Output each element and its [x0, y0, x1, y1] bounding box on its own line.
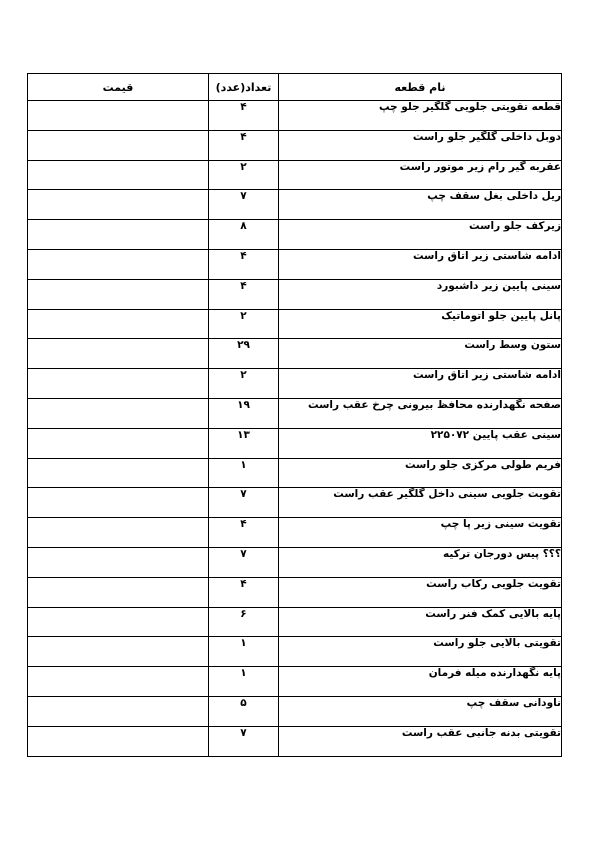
quantity-cell: ۴	[209, 279, 279, 309]
quantity-cell: ۱	[209, 458, 279, 488]
table-row: فریم طولی مرکزی جلو راست۱	[28, 458, 562, 488]
table-row: پایه بالایی کمک فنر راست۶	[28, 607, 562, 637]
price-cell	[28, 160, 209, 190]
part-name-cell: تقویت جلویی سینی داخل گلگیر عقب راست	[279, 488, 562, 518]
price-cell	[28, 607, 209, 637]
quantity-cell: ۷	[209, 488, 279, 518]
table-row: تقویت جلویی رکاب راست۴	[28, 577, 562, 607]
part-name-cell: دوبل داخلی گلگیر جلو راست	[279, 130, 562, 160]
part-name-cell: پانل پایین جلو اتوماتیک	[279, 309, 562, 339]
table-row: سینی پایین زیر داشبورد۴	[28, 279, 562, 309]
price-cell	[28, 637, 209, 667]
price-cell	[28, 339, 209, 369]
quantity-cell: ۲	[209, 369, 279, 399]
quantity-cell: ۸	[209, 220, 279, 250]
part-name-cell: عقربه گیر رام زیر موتور راست	[279, 160, 562, 190]
quantity-cell: ۷	[209, 726, 279, 756]
price-cell	[28, 428, 209, 458]
header-part-name: نام قطعه	[279, 74, 562, 101]
header-quantity: تعداد(عدد)	[209, 74, 279, 101]
part-name-cell: ریل داخلی بغل سقف چپ	[279, 190, 562, 220]
table-row: ناودانی سقف چپ۵	[28, 696, 562, 726]
part-name-cell: فریم طولی مرکزی جلو راست	[279, 458, 562, 488]
quantity-cell: ۵	[209, 696, 279, 726]
part-name-cell: ادامه شاستی زیر اتاق راست	[279, 369, 562, 399]
parts-table: نام قطعه تعداد(عدد) قیمت قطعه تقویتی جلو…	[27, 73, 562, 757]
table-row: سینی عقب پایین ۲۲۵۰۷۲۱۳	[28, 428, 562, 458]
table-row: ادامه شاستی زیر اتاق راست۴	[28, 249, 562, 279]
price-cell	[28, 696, 209, 726]
part-name-cell: تقویتی بدنه جانبی عقب راست	[279, 726, 562, 756]
price-cell	[28, 726, 209, 756]
part-name-cell: قطعه تقویتی جلویی گلگیر جلو چپ	[279, 101, 562, 131]
table-row: پانل پایین جلو اتوماتیک۲	[28, 309, 562, 339]
quantity-cell: ۶	[209, 607, 279, 637]
part-name-cell: صفحه نگهدارنده محافظ بیرونی چرخ عقب راست	[279, 398, 562, 428]
quantity-cell: ۱۳	[209, 428, 279, 458]
quantity-cell: ۱	[209, 637, 279, 667]
price-cell	[28, 101, 209, 131]
price-cell	[28, 547, 209, 577]
quantity-cell: ۴	[209, 130, 279, 160]
price-cell	[28, 667, 209, 697]
quantity-cell: ۱۹	[209, 398, 279, 428]
price-cell	[28, 577, 209, 607]
table-row: ریل داخلی بغل سقف چپ۷	[28, 190, 562, 220]
price-cell	[28, 369, 209, 399]
table-row: تقویت سینی زیر پا چپ۴	[28, 518, 562, 548]
quantity-cell: ۷	[209, 190, 279, 220]
table-row: دوبل داخلی گلگیر جلو راست۴	[28, 130, 562, 160]
part-name-cell: تقویتی بالایی جلو راست	[279, 637, 562, 667]
table-row: تقویتی بدنه جانبی عقب راست۷	[28, 726, 562, 756]
table-row: تقویتی بالایی جلو راست۱	[28, 637, 562, 667]
price-cell	[28, 220, 209, 250]
price-cell	[28, 130, 209, 160]
price-cell	[28, 488, 209, 518]
part-name-cell: سینی پایین زیر داشبورد	[279, 279, 562, 309]
table-row: زیرکف جلو راست۸	[28, 220, 562, 250]
part-name-cell: زیرکف جلو راست	[279, 220, 562, 250]
price-cell	[28, 309, 209, 339]
price-cell	[28, 398, 209, 428]
quantity-cell: ۴	[209, 101, 279, 131]
part-name-cell: سینی عقب پایین ۲۲۵۰۷۲	[279, 428, 562, 458]
table-row: قطعه تقویتی جلویی گلگیر جلو چپ۴	[28, 101, 562, 131]
price-cell	[28, 190, 209, 220]
quantity-cell: ۴	[209, 249, 279, 279]
table-row: پایه نگهدارنده میله فرمان۱	[28, 667, 562, 697]
price-cell	[28, 279, 209, 309]
quantity-cell: ۴	[209, 518, 279, 548]
table-row: ؟؟؟ پیس دورجان ترکیه۷	[28, 547, 562, 577]
header-price: قیمت	[28, 74, 209, 101]
table-row: صفحه نگهدارنده محافظ بیرونی چرخ عقب راست…	[28, 398, 562, 428]
quantity-cell: ۷	[209, 547, 279, 577]
document-page: نام قطعه تعداد(عدد) قیمت قطعه تقویتی جلو…	[0, 0, 595, 842]
table-row: ادامه شاستی زیر اتاق راست۲	[28, 369, 562, 399]
part-name-cell: ادامه شاستی زیر اتاق راست	[279, 249, 562, 279]
part-name-cell: تقویت جلویی رکاب راست	[279, 577, 562, 607]
quantity-cell: ۱	[209, 667, 279, 697]
table-row: تقویت جلویی سینی داخل گلگیر عقب راست۷	[28, 488, 562, 518]
part-name-cell: ؟؟؟ پیس دورجان ترکیه	[279, 547, 562, 577]
price-cell	[28, 458, 209, 488]
table-row: عقربه گیر رام زیر موتور راست۲	[28, 160, 562, 190]
table-row: ستون وسط راست۲۹	[28, 339, 562, 369]
part-name-cell: ناودانی سقف چپ	[279, 696, 562, 726]
table-header-row: نام قطعه تعداد(عدد) قیمت	[28, 74, 562, 101]
part-name-cell: پایه بالایی کمک فنر راست	[279, 607, 562, 637]
quantity-cell: ۲	[209, 160, 279, 190]
quantity-cell: ۲۹	[209, 339, 279, 369]
part-name-cell: ستون وسط راست	[279, 339, 562, 369]
quantity-cell: ۲	[209, 309, 279, 339]
price-cell	[28, 518, 209, 548]
part-name-cell: پایه نگهدارنده میله فرمان	[279, 667, 562, 697]
quantity-cell: ۴	[209, 577, 279, 607]
part-name-cell: تقویت سینی زیر پا چپ	[279, 518, 562, 548]
price-cell	[28, 249, 209, 279]
